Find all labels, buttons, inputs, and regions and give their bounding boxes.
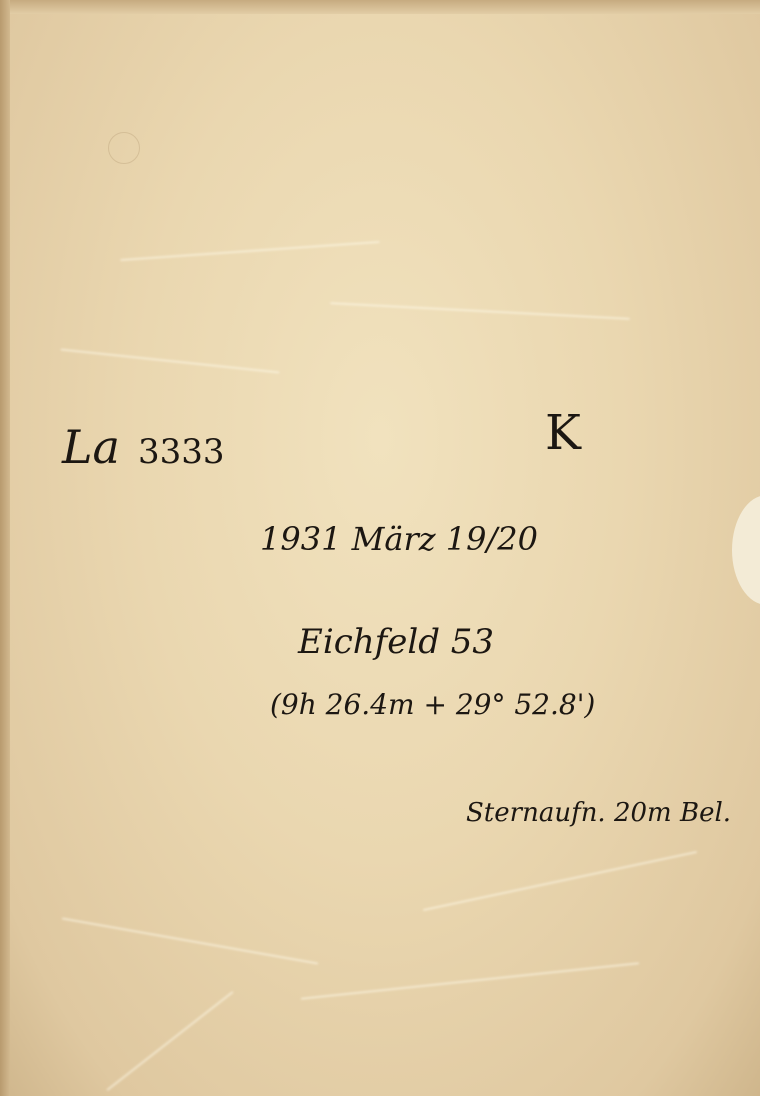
- top-edge: [0, 0, 760, 14]
- crease: [106, 991, 233, 1091]
- category-mark: K: [545, 405, 581, 461]
- left-binding-edge: [0, 0, 10, 1096]
- observation-date: 1931 März 19/20: [260, 520, 538, 558]
- wrinkle: [301, 962, 639, 1000]
- wrinkle: [423, 851, 697, 911]
- catalog-number: 3333: [138, 432, 225, 472]
- celestial-coordinates: (9h 26.4m + 29° 52.8'): [270, 688, 595, 721]
- observer-name: Eichfeld 53: [298, 622, 494, 662]
- exposure-notes: Sternaufn. 20m Bel.: [466, 798, 731, 828]
- wrinkle: [60, 349, 279, 374]
- wrinkle: [120, 241, 380, 261]
- tab-cutout: [732, 495, 760, 605]
- wrinkle: [330, 302, 630, 320]
- wrinkle: [62, 917, 318, 964]
- envelope-sheet: La3333 K 1931 März 19/20 Eichfeld 53 (9h…: [0, 0, 760, 1096]
- catalog-label: La3333: [62, 420, 225, 474]
- paper-stain: [108, 132, 140, 164]
- catalog-prefix: La: [62, 420, 120, 474]
